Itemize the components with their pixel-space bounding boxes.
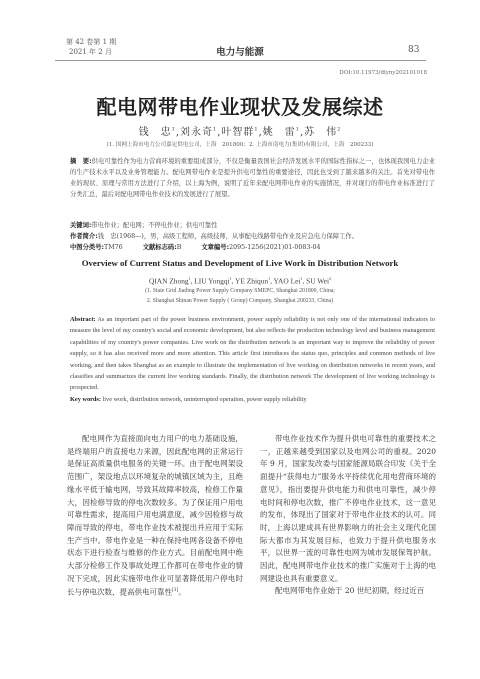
keywords-cn: 关键词:带电作业；配电网；不停电作业；供电可靠性 bbox=[70, 220, 435, 231]
author-sup: 1 bbox=[296, 127, 300, 133]
abstract-en: Abstract: As an important part of the po… bbox=[70, 314, 435, 405]
body-column-left: 配电网作为直接面向电力用户的电力基础设施，是终端用户的直接电力来源，因此配电网的… bbox=[67, 433, 243, 600]
paper-title-cn: 配电网带电作业现状及发展综述 bbox=[0, 91, 480, 120]
author: QIAN Zhong bbox=[149, 276, 189, 285]
doi: DOI:10.11973/dlyny202101018 bbox=[339, 70, 427, 76]
abstract-cn-label: 摘 要: bbox=[70, 158, 92, 165]
paper-title-en: Overview of Current Status and Developme… bbox=[0, 258, 480, 268]
authors-cn: 钱 忠1,刘永奇1,叶智群1,姚 雷1,苏 伟2 bbox=[0, 123, 480, 138]
author-bio-text: 钱 忠(1968—)，男，高级工程师，高级技师，从事配电线路带电作业及应急电力保… bbox=[98, 233, 358, 240]
author: 苏 伟 bbox=[304, 127, 337, 138]
abstract-cn-text: 供电可靠性作为电力营商环境的重要组成部分，不仅是衡量我国社会经济发展水平的国际性… bbox=[70, 158, 435, 198]
affiliation-cn: (1. 国网上海市电力公司嘉定供电公司，上海 201800；2. 上海市南电力(… bbox=[0, 140, 480, 148]
authors-en: QIAN Zhong1, LIU Yongqi1, YE Zhiqun1, YA… bbox=[0, 276, 480, 285]
article-no-value: 2095-1256(2021)01-0083-04 bbox=[229, 244, 320, 251]
affiliation-en-1: (1. State Grid Jiading Power Supply Comp… bbox=[0, 288, 480, 294]
doc-code-label: 文献标志码: bbox=[143, 244, 177, 251]
clc-value: TM76 bbox=[104, 244, 123, 251]
author: 姚 雷 bbox=[263, 127, 296, 138]
author-bio-label: 作者简介: bbox=[70, 233, 98, 240]
author: SU Wei bbox=[306, 276, 329, 285]
keywords-en-label: Key words: bbox=[70, 396, 101, 403]
classification: 中图分类号:TM76 文献标志码:B 文章编号:2095-1256(2021)0… bbox=[70, 242, 435, 253]
author-sup: 1 bbox=[213, 127, 217, 133]
author-bio: 作者简介:钱 忠(1968—)，男，高级工程师，高级技师，从事配电线路带电作业及… bbox=[70, 231, 435, 242]
header-divider bbox=[55, 60, 426, 61]
paragraph-end: 。 bbox=[178, 588, 186, 597]
page-number: 83 bbox=[408, 45, 419, 55]
author: 刘永奇 bbox=[180, 127, 213, 138]
author-sup: 1 bbox=[254, 127, 258, 133]
article-no-label: 文章编号: bbox=[201, 244, 229, 251]
body-paragraph: 配电网作为直接面向电力用户的电力基础设施，是终端用户的直接电力来源，因此配电网的… bbox=[67, 433, 243, 600]
author-sup: 1 bbox=[189, 276, 191, 281]
keywords-cn-label: 关键词: bbox=[70, 222, 91, 229]
body-column-right: 带电作业技术作为提升供电可靠性的重要技术之一，正越来越受到国家以及电网公司的重视… bbox=[260, 433, 436, 598]
author: YAO Lei bbox=[274, 276, 301, 285]
author-sup: 1 bbox=[268, 276, 270, 281]
author: YE Zhiqun bbox=[235, 276, 268, 285]
paragraph-text: 配电网作为直接面向电力用户的电力基础设施，是终端用户的直接电力来源，因此配电网的… bbox=[67, 434, 243, 597]
keywords-cn-text: 带电作业；配电网；不停电作业；供电可靠性 bbox=[91, 222, 217, 229]
author-sup: 2 bbox=[329, 276, 331, 281]
author: 叶智群 bbox=[221, 127, 254, 138]
author-sup: 1 bbox=[300, 276, 302, 281]
author-sup: 2 bbox=[337, 127, 341, 133]
keywords-en-text: live work, distribution network, uninter… bbox=[103, 396, 307, 403]
author-sup: 1 bbox=[172, 127, 176, 133]
body-paragraph: 配电网带电作业始于 20 世纪初期，经过近百 bbox=[260, 585, 436, 598]
affiliation-en-2: 2. Shanghai Shinan Power Supply ( Group)… bbox=[0, 298, 480, 304]
doc-code-value: B bbox=[177, 244, 182, 251]
abstract-en-text: As an important part of the power busine… bbox=[70, 316, 435, 391]
author: 钱 忠 bbox=[139, 127, 172, 138]
clc-label: 中图分类号: bbox=[70, 244, 104, 251]
abstract-en-label: Abstract: bbox=[70, 316, 96, 323]
author: LIU Yongqi bbox=[194, 276, 229, 285]
body-paragraph: 带电作业技术作为提升供电可靠性的重要技术之一，正越来越受到国家以及电网公司的重视… bbox=[260, 433, 436, 585]
author-sup: 1 bbox=[230, 276, 232, 281]
abstract-cn: 摘 要:供电可靠性作为电力营商环境的重要组成部分，不仅是衡量我国社会经济发展水平… bbox=[70, 156, 435, 200]
